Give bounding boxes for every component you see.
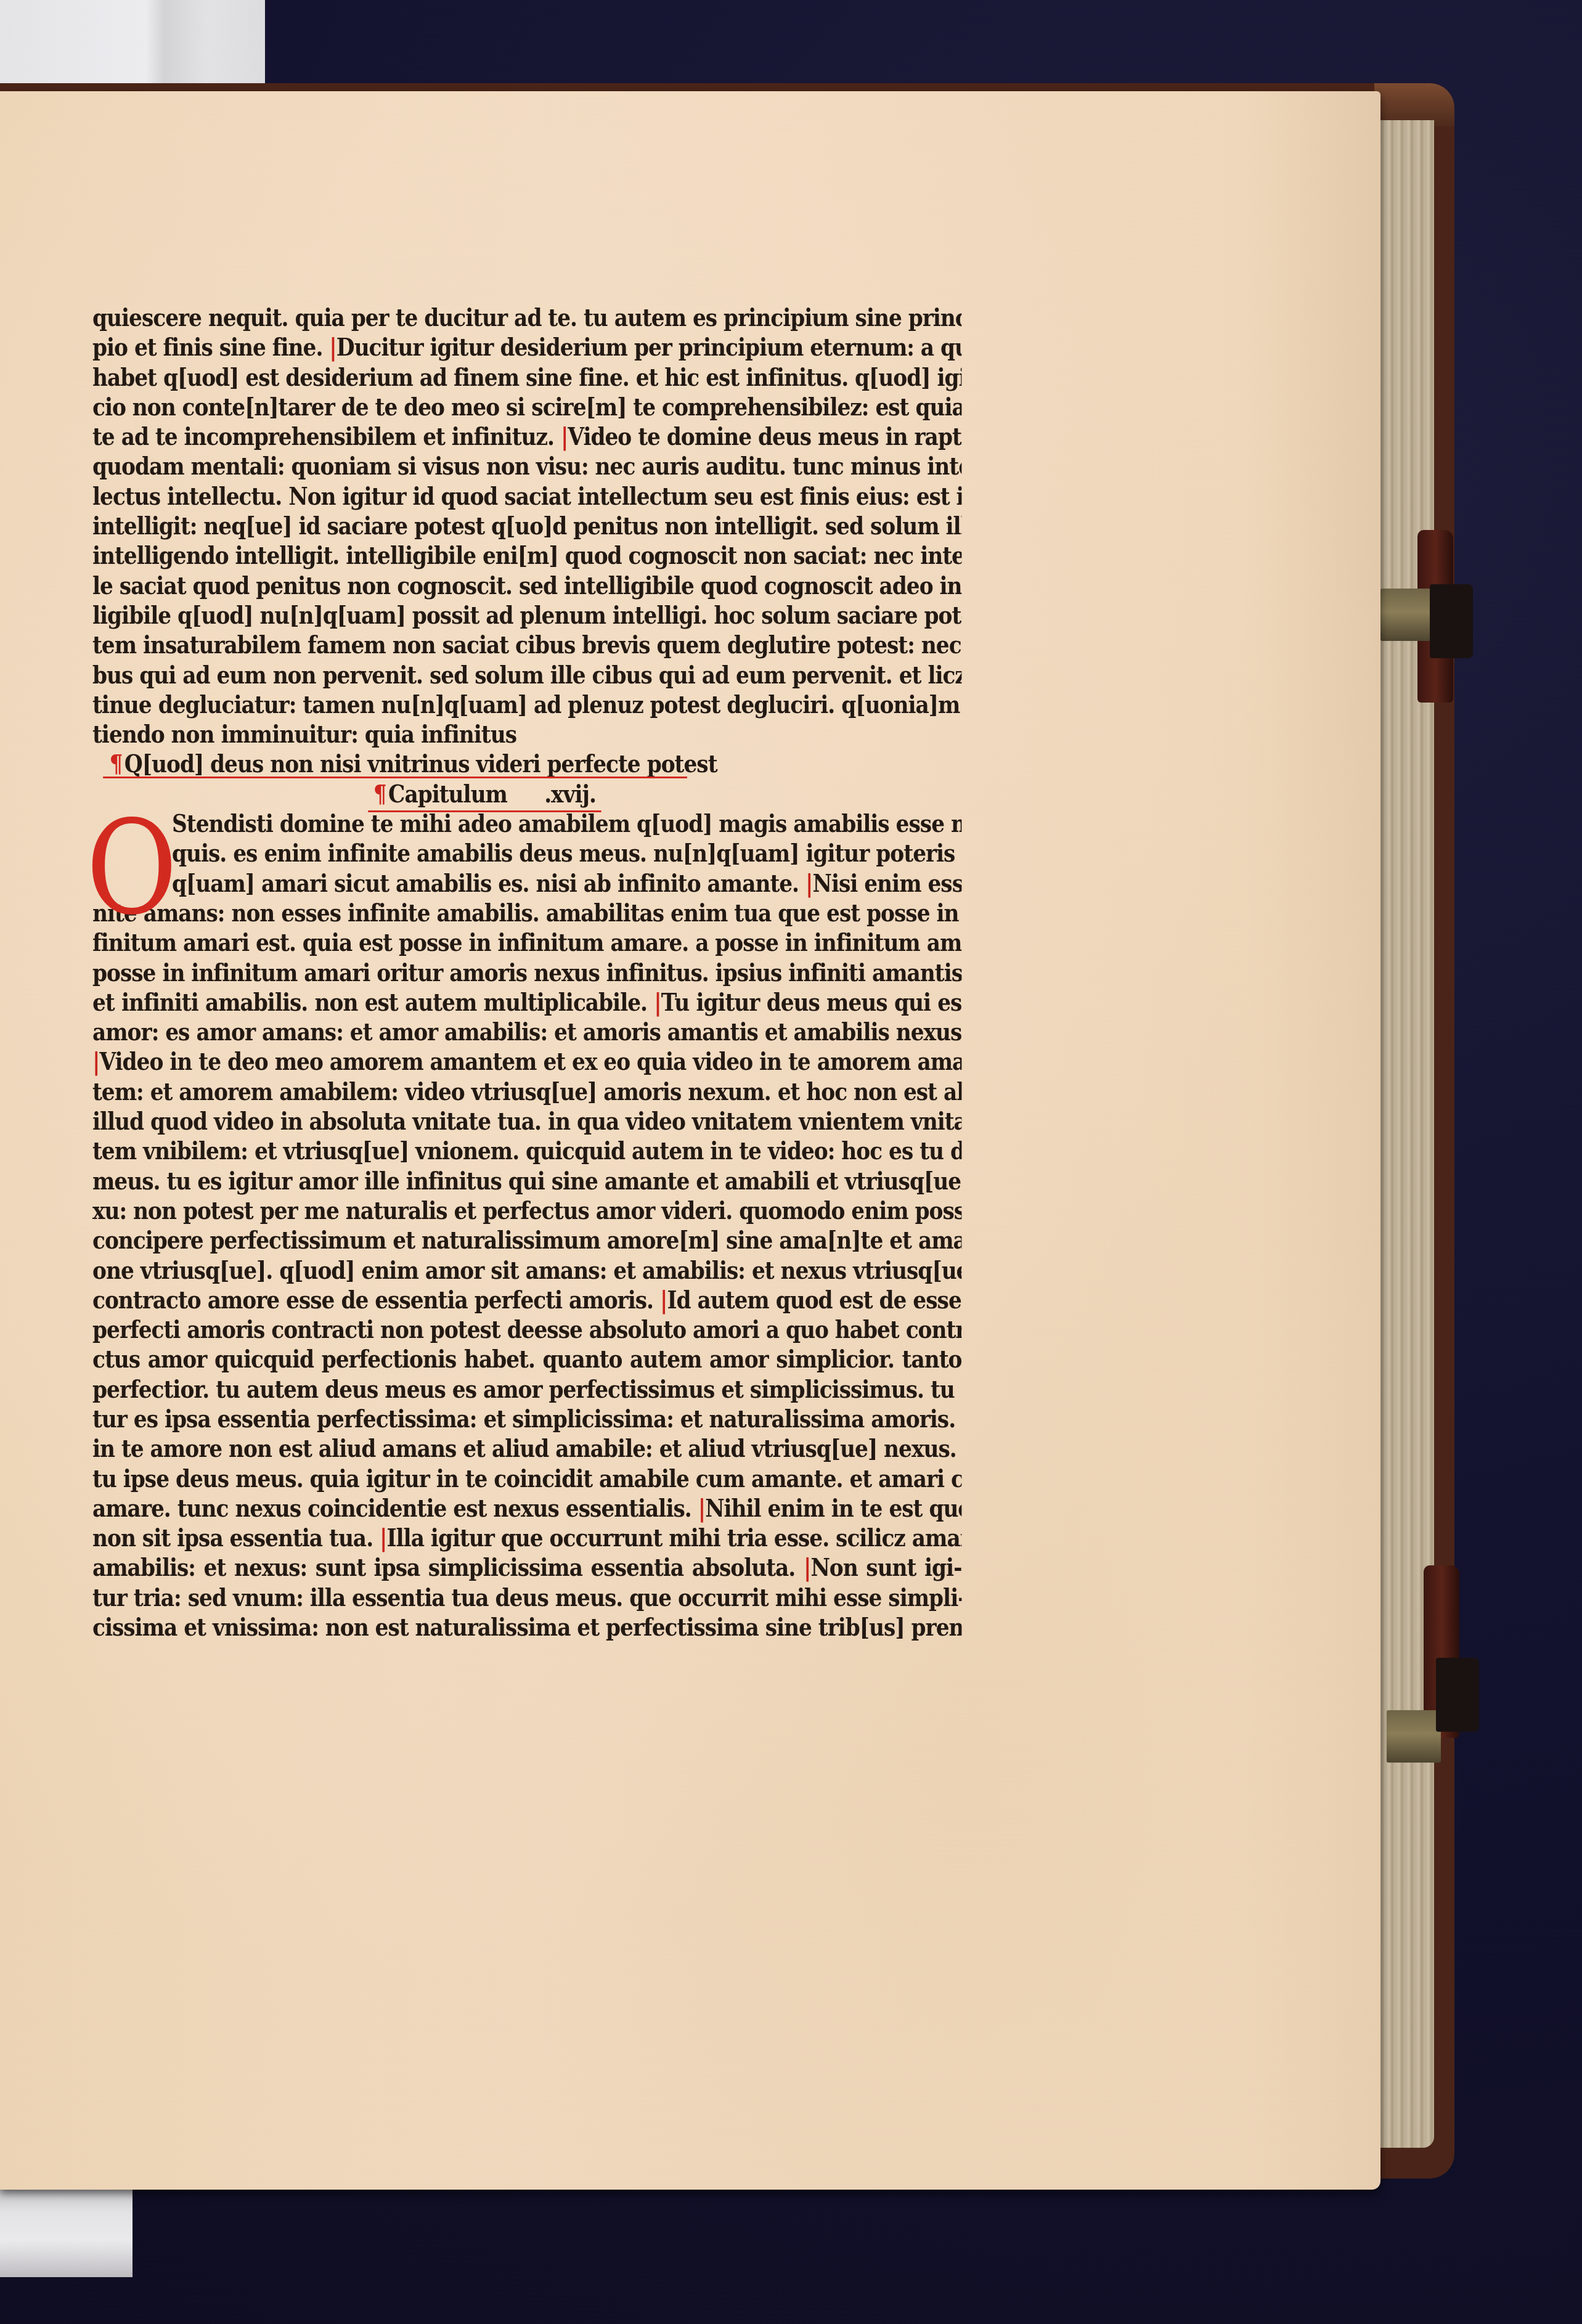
- text-line: intelligit: neq[ue] id saciare potest q[…: [92, 512, 961, 541]
- text-span: Non sunt igi-: [810, 1553, 961, 1582]
- rubric-stroke: |: [561, 422, 568, 451]
- rubric-stroke: |: [654, 988, 661, 1017]
- text-line: perfecti amoris contracti non potest dee…: [92, 1315, 961, 1345]
- text-line: ligibile q[uod] nu[n]q[uam] possit ad pl…: [92, 601, 961, 630]
- text-line: amabilis: et nexus: sunt ipsa simpliciss…: [92, 1553, 961, 1583]
- text-span: Video te domine deus meus in raptu: [568, 422, 961, 451]
- text-line: cissima et vnissima: non est naturalissi…: [92, 1613, 961, 1642]
- pilcrow-mark: ¶: [373, 780, 386, 809]
- clasp-brass-plate: [1387, 1710, 1441, 1763]
- text-line: tinue degluciatur: tamen nu[n]q[uam] ad …: [92, 690, 961, 720]
- chapter-number-heading: ¶Capitulum.xvij.: [92, 780, 842, 809]
- text-line: concipere perfectissimum et naturalissim…: [92, 1226, 961, 1255]
- text-line: ctus amor quicquid perfectionis habet. q…: [92, 1345, 961, 1374]
- text-line: quiescere nequit. quia per te ducitur ad…: [92, 303, 961, 333]
- chapter-heading-underlined: ¶Capitulum.xvij.: [373, 780, 601, 809]
- text-line: meus. tu es igitur amor ille infinitus q…: [92, 1167, 961, 1196]
- text-span: Ducitur igitur desiderium per principium…: [336, 333, 962, 362]
- text-line: tem vnibilem: et vtriusq[ue] vnionem. qu…: [92, 1136, 961, 1166]
- text-line: quis. es enim infinite amabilis deus meu…: [92, 839, 961, 868]
- text-line: lectus intellectu. Non igitur id quod sa…: [92, 482, 961, 512]
- text-line: intelligendo intelligit. intelligibile e…: [92, 541, 961, 571]
- rubric-stroke: |: [92, 1047, 99, 1076]
- text-line: one vtriusq[ue]. q[uod] enim amor sit am…: [92, 1256, 961, 1286]
- rubric-stroke: |: [380, 1523, 386, 1552]
- page-fore-edge: [1376, 120, 1434, 2148]
- text-line: cio non conte[n]tarer de te deo meo si s…: [92, 393, 961, 422]
- text-line: contracto amore esse de essentia perfect…: [92, 1286, 961, 1315]
- text-line: le saciat quod penitus non cognoscit. se…: [92, 571, 961, 601]
- text-line: tu ipse deus meus. quia igitur in te coi…: [92, 1464, 961, 1494]
- text-line: nite amans: non esses infinite amabilis.…: [92, 899, 961, 928]
- rubric-stroke: |: [805, 869, 812, 898]
- rubric-stroke: |: [660, 1286, 667, 1315]
- text-line: posse in infinitum amari oritur amoris n…: [92, 958, 961, 988]
- rubric-stroke: |: [804, 1553, 810, 1582]
- rubric-heading-text: Q[uod] deus non nisi vnitrinus videri pe…: [124, 749, 717, 778]
- text-span: Nihil enim in te est quod: [705, 1494, 961, 1523]
- text-line: q[uam] amari sicut amabilis es. nisi ab …: [92, 869, 961, 899]
- text-column: quiescere nequit. quia per te ducitur ad…: [92, 303, 842, 1642]
- text-line: pio et finis sine fine. |Ducitur igitur …: [92, 333, 961, 362]
- text-span: Id autem quod est de essentia: [667, 1286, 961, 1315]
- red-initial-letter: O: [86, 813, 177, 924]
- text-span: q[uam] amari sicut amabilis es. nisi ab …: [172, 869, 805, 898]
- text-line: tem: et amorem amabilem: video vtriusq[u…: [92, 1077, 961, 1107]
- chapter-number: .xvij.: [544, 780, 596, 809]
- text-line: habet q[uod] est desiderium ad finem sin…: [92, 363, 961, 393]
- clasp-catch: [1430, 584, 1473, 658]
- text-line: in te amore non est aliud amans et aliud…: [92, 1434, 961, 1464]
- text-line: et infiniti amabilis. non est autem mult…: [92, 988, 961, 1017]
- text-span: Nisi enim esset infi-: [812, 869, 961, 898]
- clasp-catch: [1436, 1658, 1479, 1732]
- text-line: amor: es amor amans: et amor amabilis: e…: [92, 1017, 961, 1047]
- text-line: bus qui ad eum non pervenit. sed solum i…: [92, 661, 961, 690]
- text-line: tem insaturabilem famem non saciat cibus…: [92, 630, 961, 660]
- text-line: tiendo non imminuitur: quia infinitus: [92, 720, 961, 749]
- chapter-rubric-heading: ¶Q[uod] deus non nisi vnitrinus videri p…: [92, 749, 693, 779]
- text-span: Non igitur id quod saciat intellectum se…: [288, 482, 961, 511]
- text-line: illud quod video in absoluta vnitate tua…: [92, 1107, 961, 1136]
- chapter-body: O Stendisti domine te mihi adeo amabilem…: [92, 809, 842, 1642]
- text-span: Video in te deo meo amorem amantem et ex…: [99, 1047, 961, 1076]
- text-span: et infiniti amabilis. non est autem mult…: [92, 988, 654, 1017]
- text-span: amare. tunc nexus coincidentie est nexus…: [92, 1494, 698, 1523]
- rubric-stroke: |: [698, 1494, 705, 1523]
- text-line: tur es ipsa essentia perfectissima: et s…: [92, 1405, 961, 1434]
- text-span: Illa igitur que occurrunt mihi tria esse…: [387, 1523, 962, 1552]
- text-line: non sit ipsa essentia tua. |Illa igitur …: [92, 1523, 961, 1553]
- text-span: te ad te incomprehensibilem et infinituz…: [92, 422, 561, 451]
- text-line: perfectior. tu autem deus meus es amor p…: [92, 1375, 961, 1405]
- text-line: xu: non potest per me naturalis et perfe…: [92, 1196, 961, 1226]
- text-span: contracto amore esse de essentia perfect…: [92, 1286, 660, 1315]
- text-span: lectus intellectu.: [92, 482, 288, 511]
- text-line: tur tria: sed vnum: illa essentia tua de…: [92, 1583, 961, 1613]
- text-line: quodam mentali: quoniam si visus non vis…: [92, 452, 961, 481]
- text-line: amare. tunc nexus coincidentie est nexus…: [92, 1494, 961, 1523]
- interleaf-paper-top: [0, 0, 265, 92]
- clasp-brass-plate: [1380, 589, 1435, 641]
- upper-clasp: [1380, 530, 1479, 703]
- text-line: |Video in te deo meo amorem amantem et e…: [92, 1047, 961, 1077]
- text-span: amabilis: et nexus: sunt ipsa simpliciss…: [92, 1553, 804, 1582]
- text-span: Tu igitur deus meus qui es: [661, 988, 962, 1017]
- text-line: te ad te incomprehensibilem et infinituz…: [92, 422, 961, 452]
- text-line: finitum amari est. quia est posse in inf…: [92, 928, 961, 958]
- interleaf-paper-bottom: [0, 2185, 133, 2277]
- text-line: Stendisti domine te mihi adeo amabilem q…: [92, 809, 961, 839]
- rubric-stroke: |: [329, 333, 336, 362]
- chapter-label: Capitulum: [388, 780, 507, 809]
- lower-clasp: [1387, 1565, 1485, 1738]
- text-span: non sit ipsa essentia tua.: [92, 1523, 380, 1552]
- text-span: pio et finis sine fine.: [92, 333, 329, 362]
- pilcrow-mark: ¶: [110, 749, 123, 778]
